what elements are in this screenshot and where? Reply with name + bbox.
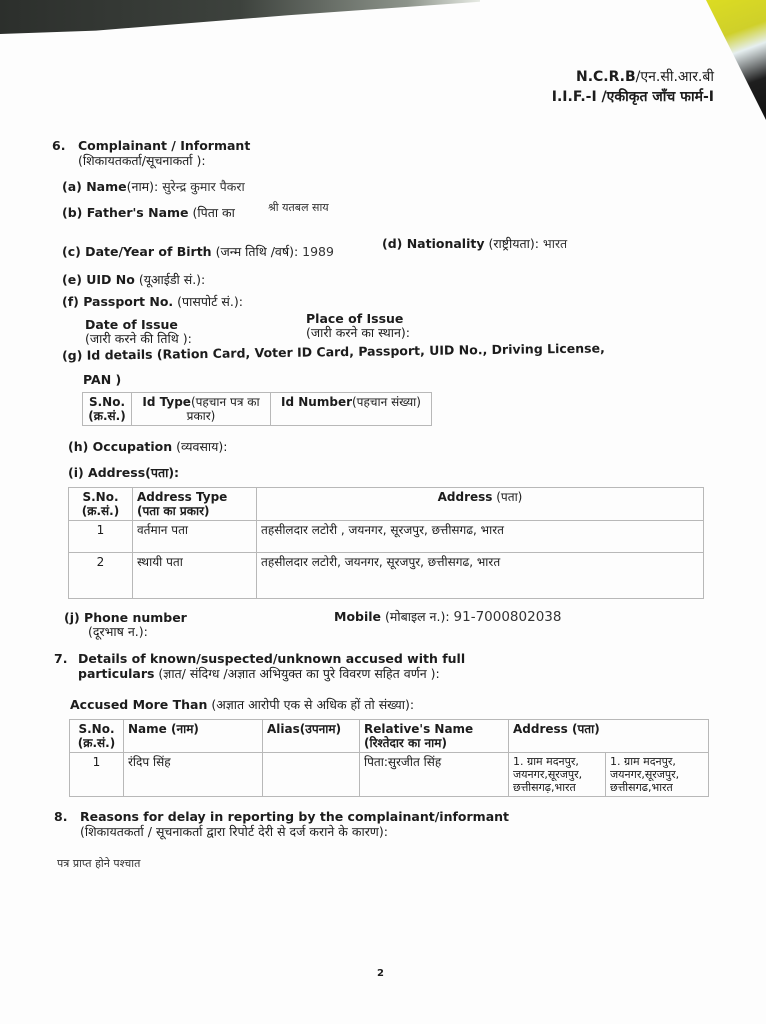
nationality-field: (d) Nationality (राष्ट्रीयता): भारत (382, 236, 567, 251)
phone-label-hi: (दूरभाष न.): (88, 624, 148, 639)
passport-field: (f) Passport No. (पासपोर्ट सं.): (62, 294, 243, 309)
father-name-label: (b) Father's Name (62, 205, 189, 220)
id-table-header-number: Id Number(पहचान संख्या) (271, 393, 432, 426)
accused-row-sno: 1 (70, 753, 124, 797)
address-row-type: स्थायी पता (133, 553, 257, 599)
uid-field: (e) UID No (यूआईडी सं.): (62, 272, 205, 287)
uid-label-hi: (यूआईडी सं.): (135, 272, 205, 287)
page-number: 2 (377, 968, 384, 979)
accused-row-relative: पिता:सुरजीत सिंह (360, 753, 509, 797)
address-label-hi: (पता): (145, 465, 179, 480)
accused-header-sno: S.No.(क्र.सं.) (70, 720, 124, 753)
accused-row: 1 रंदिप सिंह पिता:सुरजीत सिंह 1. ग्राम म… (70, 753, 709, 797)
mobile-label: Mobile (334, 609, 381, 624)
accused-row-name: रंदिप सिंह (124, 753, 263, 797)
date-of-issue-label-hi: (जारी करने की तिथि ): (85, 331, 192, 346)
place-of-issue-label: Place of Issue (306, 311, 403, 326)
section7-title2-hi: (ज्ञात/ संदिग्ध /अज्ञात अभियुक्त का पुरे… (154, 666, 439, 681)
address-field: (i) Address(पता): (68, 465, 179, 480)
accused-row-address-2: 1. ग्राम मदनपुर, जयनगर,सूरजपुर, छत्तीसगढ… (606, 753, 709, 797)
nationality-label-hi: (राष्ट्रीयता): (485, 236, 543, 251)
header-iif-hi: /एकीकृत जाँच फार्म-I (597, 89, 714, 105)
section6-number: 6. (52, 138, 65, 153)
section8-number: 8. (54, 809, 67, 824)
accused-table: S.No.(क्र.सं.) Name (नाम) Alias(उपनाम) R… (69, 719, 709, 797)
address-row-sno: 2 (69, 553, 133, 599)
address-row-sno: 1 (69, 521, 133, 553)
header-iif-en: I.I.F.-I (552, 89, 597, 105)
address-header-sno: S.No.(क्र.सं.) (69, 488, 133, 521)
section7-title: Details of known/suspected/unknown accus… (78, 651, 465, 666)
id-details-table: S.No.(क्र.सं.) Id Type(पहचान पत्र का प्र… (82, 392, 432, 426)
accused-table-header-row: S.No.(क्र.सं.) Name (नाम) Alias(उपनाम) R… (70, 720, 709, 753)
section7-title2-en: particulars (78, 666, 154, 681)
accused-more-than-field: Accused More Than (अज्ञात आरोपी एक से अध… (70, 697, 414, 712)
address-table: S.No.(क्र.सं.) Address Type(पता का प्रका… (68, 487, 704, 599)
dob-field: (c) Date/Year of Birth (जन्म तिथि /वर्ष)… (62, 244, 334, 259)
passport-label: (f) Passport No. (62, 294, 173, 309)
photo-edge-top (0, 0, 480, 34)
delay-reason-value: पत्र प्राप्त होने पश्चात (57, 857, 140, 870)
address-label: (i) Address (68, 465, 145, 480)
dob-label: (c) Date/Year of Birth (62, 244, 212, 259)
address-row: 2 स्थायी पता तहसीलदार लटोरी, जयनगर, सूरज… (69, 553, 704, 599)
address-row-address: तहसीलदार लटोरी, जयनगर, सूरजपुर, छत्तीसगढ… (257, 553, 704, 599)
address-row: 1 वर्तमान पता तहसीलदार लटोरी , जयनगर, सू… (69, 521, 704, 553)
place-of-issue-label-hi: (जारी करने का स्थान): (306, 325, 410, 340)
address-table-header-row: S.No.(क्र.सं.) Address Type(पता का प्रका… (69, 488, 704, 521)
nationality-label: (d) Nationality (382, 236, 485, 251)
accused-header-relative: Relative's Name(रिश्तेदार का नाम) (360, 720, 509, 753)
mobile-value: 91-7000802038 (454, 609, 562, 625)
name-label-hi: (नाम): (127, 179, 163, 194)
accused-row-alias (263, 753, 360, 797)
dob-value: 1989 (302, 244, 334, 259)
mobile-label-hi: (मोबाइल न.): (381, 609, 454, 624)
address-header-address: Address (पता) (257, 488, 704, 521)
accused-header-name: Name (नाम) (124, 720, 263, 753)
date-of-issue-label: Date of Issue (85, 317, 178, 332)
accused-more-label: Accused More Than (70, 697, 207, 712)
dob-label-hi: (जन्म तिथि /वर्ष): (212, 244, 303, 259)
occupation-label: (h) Occupation (68, 439, 172, 454)
mobile-field: Mobile (मोबाइल न.): 91-7000802038 (334, 609, 561, 625)
address-row-address: तहसीलदार लटोरी , जयनगर, सूरजपुर, छत्तीसग… (257, 521, 704, 553)
nationality-value: भारत (543, 236, 567, 251)
passport-label-hi: (पासपोर्ट सं.): (173, 294, 243, 309)
accused-header-alias: Alias(उपनाम) (263, 720, 360, 753)
complainant-name-field: (a) Name(नाम): सुरेन्द्र कुमार पैकरा (62, 179, 245, 194)
section6-title: Complainant / Informant (78, 138, 250, 153)
section8-title-hi: (शिकायतकर्ता / सूचनाकर्ता द्वारा रिपोर्ट… (80, 824, 388, 839)
photo-edge-right (706, 0, 766, 120)
address-row-type: वर्तमान पता (133, 521, 257, 553)
header-ncrb-en: N.C.R.B (576, 69, 636, 85)
uid-label: (e) UID No (62, 272, 135, 287)
accused-header-address: Address (पता) (509, 720, 709, 753)
id-details-label-2: PAN ) (83, 372, 121, 387)
form-header-iif: I.I.F.-I /एकीकृत जाँच फार्म-I (552, 88, 714, 107)
name-label: (a) Name (62, 179, 127, 194)
phone-label: (j) Phone number (64, 610, 187, 625)
id-table-header-row: S.No.(क्र.सं.) Id Type(पहचान पत्र का प्र… (83, 393, 432, 426)
father-name-label-hi: (पिता का (189, 205, 235, 220)
name-value: सुरेन्द्र कुमार पैकरा (162, 179, 245, 194)
id-table-header-type: Id Type(पहचान पत्र का प्रकार) (132, 393, 271, 426)
section8-title: Reasons for delay in reporting by the co… (80, 809, 509, 824)
header-ncrb-hi: /एन.सी.आर.बी (636, 69, 714, 85)
accused-more-label-hi: (अज्ञात आरोपी एक से अधिक हों तो संख्या): (207, 697, 414, 712)
form-header-ncrb: N.C.R.B/एन.सी.आर.बी (576, 68, 714, 87)
section7-number: 7. (54, 651, 67, 666)
occupation-field: (h) Occupation (व्यवसाय): (68, 439, 228, 454)
father-name-value: श्री यतबल साय (268, 201, 329, 214)
section6-title-hi: (शिकायतकर्ता/सूचनाकर्ता ): (78, 153, 206, 168)
address-header-type: Address Type(पता का प्रकार) (133, 488, 257, 521)
occupation-label-hi: (व्यवसाय): (172, 439, 227, 454)
section7-title-2: particulars (ज्ञात/ संदिग्ध /अज्ञात अभिय… (78, 666, 440, 681)
accused-row-address-1: 1. ग्राम मदनपुर, जयनगर,सूरजपुर, छत्तीसगढ… (509, 753, 606, 797)
id-table-header-sno: S.No.(क्र.सं.) (83, 393, 132, 426)
father-name-field: (b) Father's Name (पिता का (62, 205, 235, 220)
